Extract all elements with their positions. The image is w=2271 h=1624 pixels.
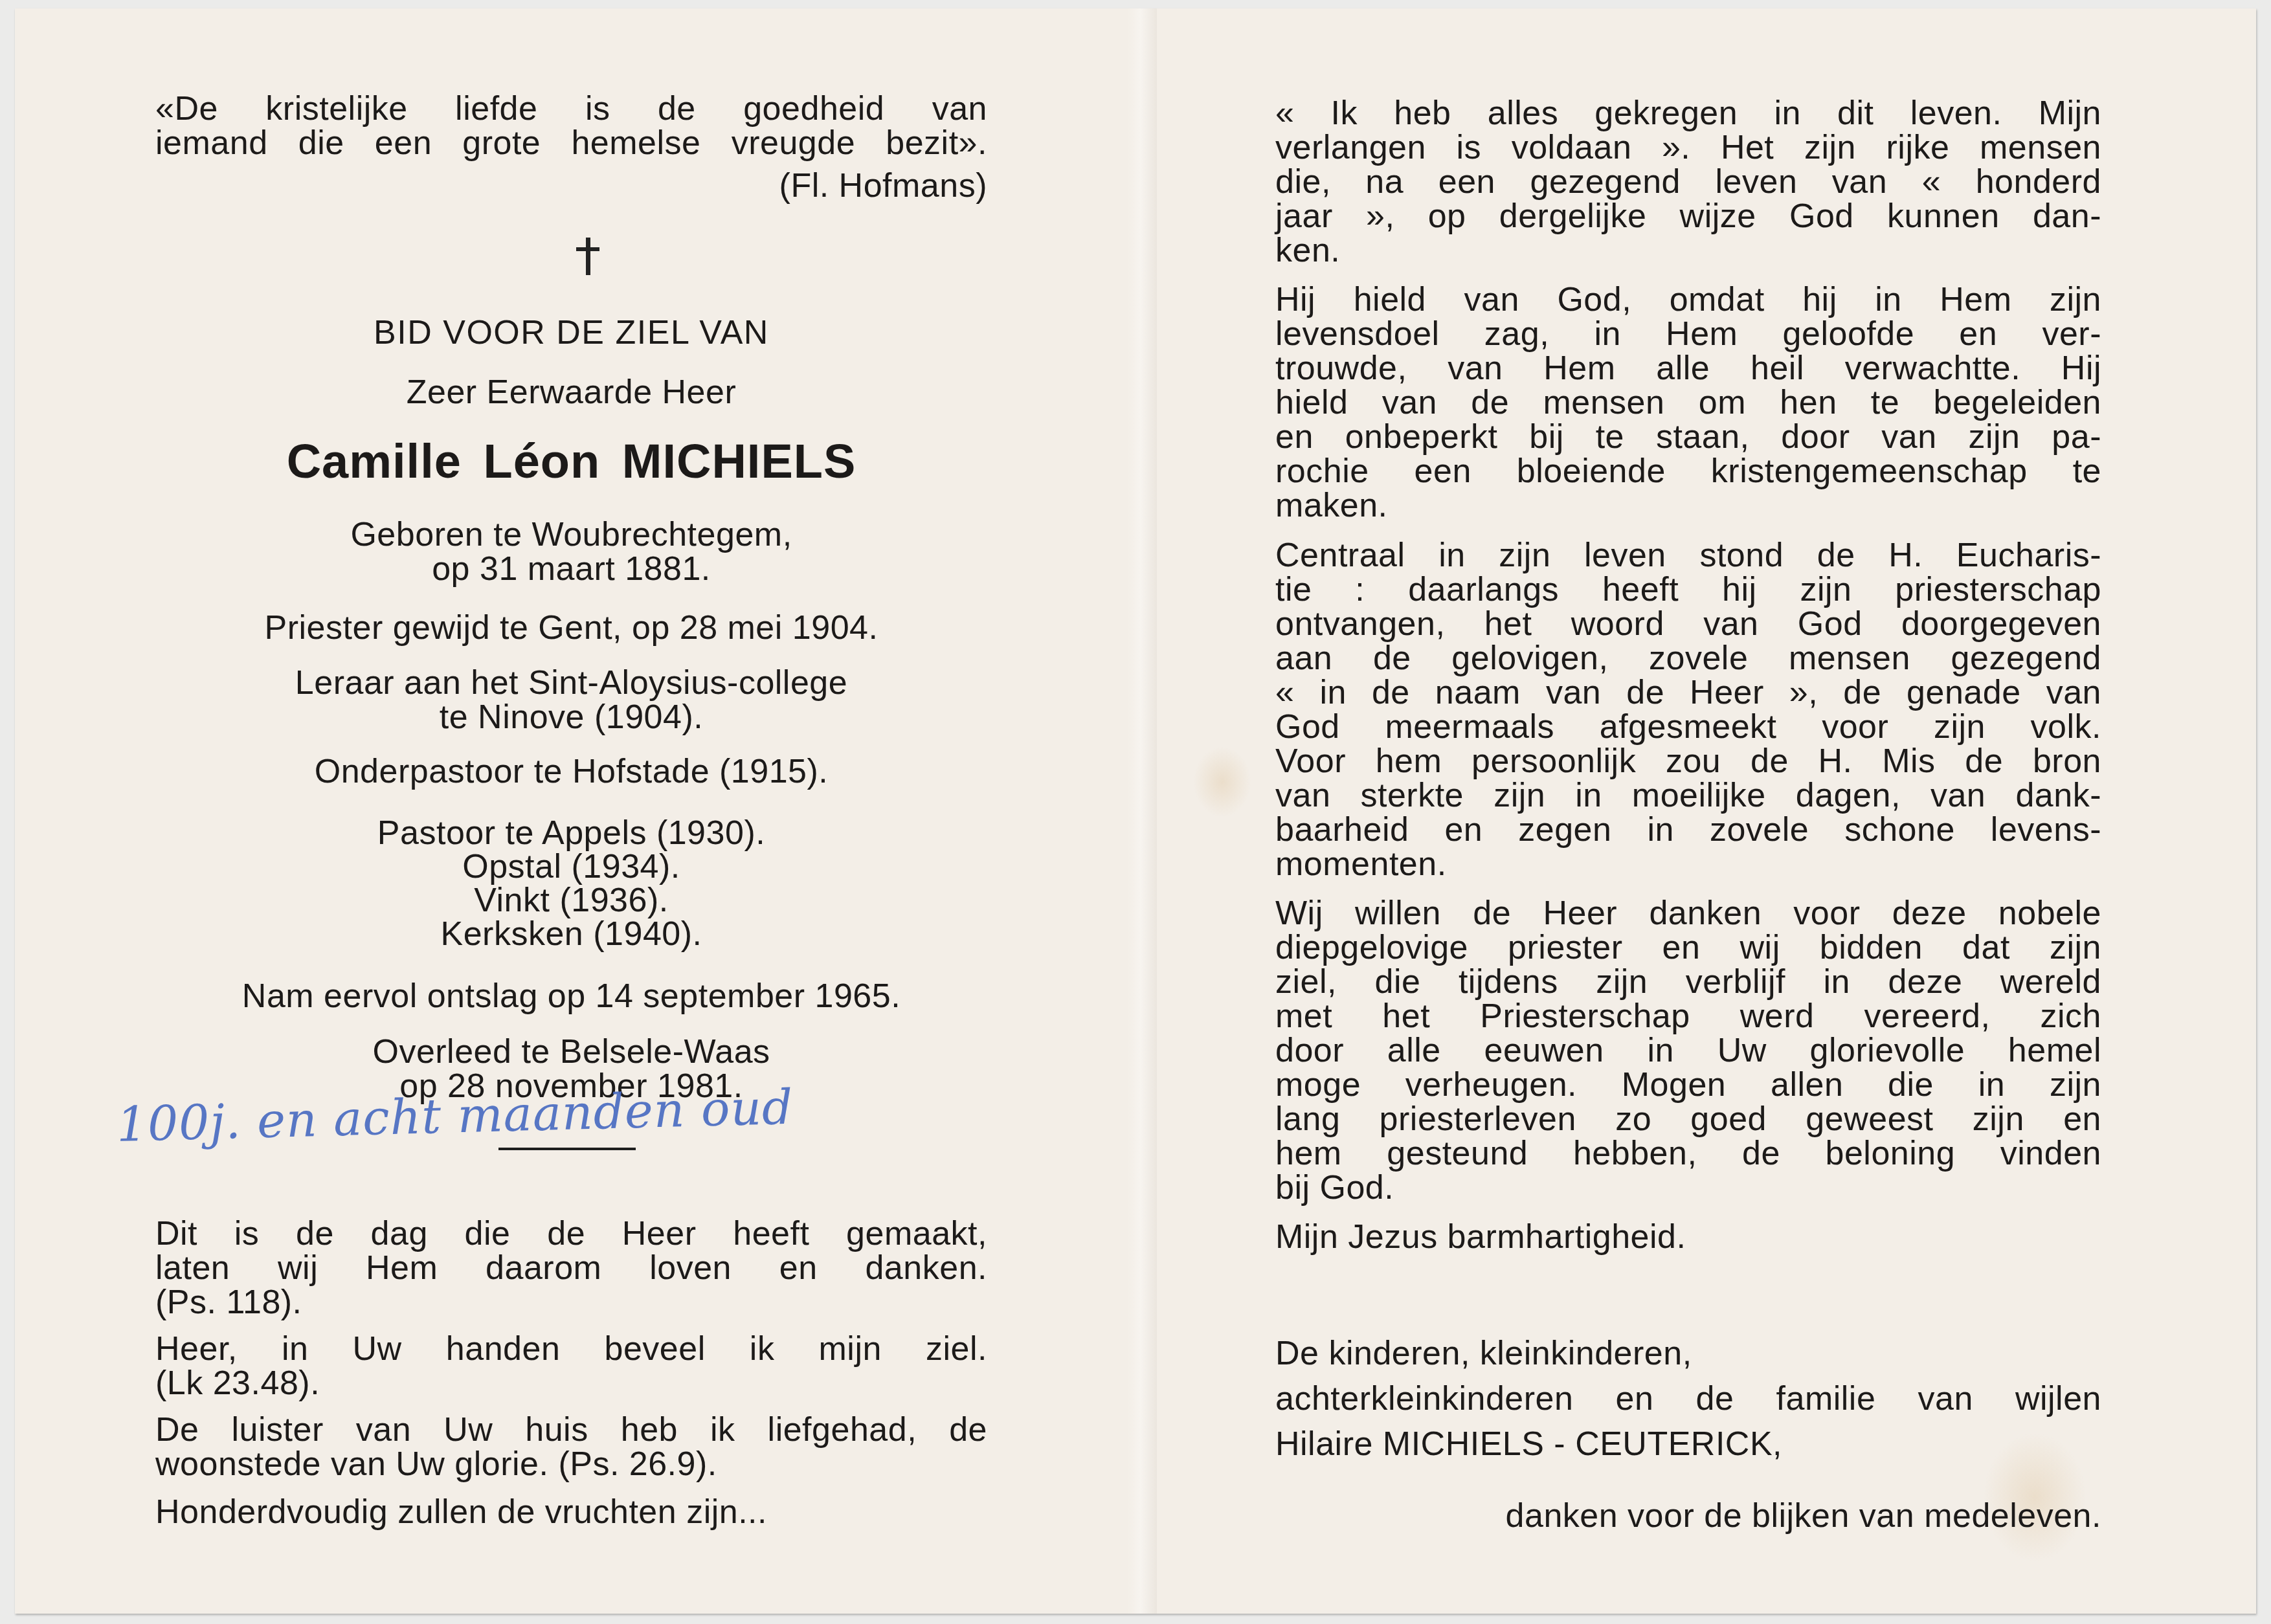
family-line-3: Hilaire MICHIELS - CEUTERICK,: [1275, 1427, 2101, 1462]
para-3-line: ontvangen, het woord van God doorgegeven: [1275, 607, 2101, 641]
quote-line-2: iemand die een grote hemelse vreugde bez…: [155, 126, 987, 161]
latin-cross-icon: [576, 238, 599, 275]
family-line-1: De kinderen, kleinkinderen,: [1275, 1337, 2101, 1371]
para-4-line: diepgelovige priester en wij bidden dat …: [1275, 931, 2101, 965]
teacher-line-2: te Ninove (1904).: [155, 700, 987, 735]
para-3-line: van sterkte zijn in moeilijke dagen, van…: [1275, 779, 2101, 813]
para-4-line: Wij willen de Heer danken voor deze nobe…: [1275, 896, 2101, 931]
para-4-line: met het Priesterschap werd vereerd, zich: [1275, 999, 2101, 1034]
family-line-2: achterkleinkinderen en de familie van wi…: [1275, 1382, 2101, 1416]
para-4-line: moge verheugen. Mogen allen die in zijn: [1275, 1068, 2101, 1102]
para-1-line: verlangen is voldaan ». Het zijn rijke m…: [1275, 131, 2101, 165]
deceased-name: Camille Léon MICHIELS: [155, 436, 987, 487]
para-3-line: momenten.: [1275, 847, 2101, 882]
verse-2-ref: (Lk 23.48).: [155, 1366, 987, 1401]
paper-stain: [1193, 746, 1251, 818]
para-4-line: hem gesteund hebben, de beloning vinden: [1275, 1137, 2101, 1171]
died-line-1: Overleed te Belsele-Waas: [155, 1035, 987, 1069]
born-line-2: op 31 maart 1881.: [155, 552, 987, 586]
para-3-line: baarheid en zegen in zovele schone leven…: [1275, 813, 2101, 847]
quote-line-1: «De kristelijke liefde is de goedheid va…: [155, 92, 987, 126]
memorial-card: «De kristelijke liefde is de goedheid va…: [15, 8, 2256, 1614]
para-4-line: bij God.: [1275, 1171, 2101, 1205]
ordained: Priester gewijd te Gent, op 28 mei 1904.: [155, 611, 987, 645]
thanks-line: danken voor de blijken van medeleven.: [1275, 1499, 2101, 1533]
printed-divider: [498, 1148, 636, 1150]
para-2-line: levensdoel zag, in Hem geloofde en ver-: [1275, 317, 2101, 351]
para-3-line: aan de gelovigen, zovele mensen gezegend: [1275, 641, 2101, 676]
para-4-line: ziel, die tijdens zijn verblijf in deze …: [1275, 965, 2101, 999]
prayer-heading: BID VOOR DE ZIEL VAN: [155, 316, 987, 350]
para-2-line: rochie een bloeiende kristengemeenschap …: [1275, 454, 2101, 489]
curate: Onderpastoor te Hofstade (1915).: [155, 755, 987, 789]
verse-2-line-1: Heer, in Uw handen beveel ik mijn ziel.: [155, 1332, 987, 1366]
para-4-line: lang priesterleven zo goed geweest zijn …: [1275, 1102, 2101, 1137]
pastor-line-2: Opstal (1934).: [155, 850, 987, 884]
pastor-line-4: Kerksken (1940).: [155, 917, 987, 951]
para-1-line: « Ik heb alles gekregen in dit leven. Mi…: [1275, 96, 2101, 131]
verse-3-line-1: De luister van Uw huis heb ik liefgehad,…: [155, 1413, 987, 1447]
para-4-line: door alle eeuwen in Uw glorievolle hemel: [1275, 1034, 2101, 1068]
verse-1-line-1: Dit is de dag die de Heer heeft gemaakt,: [155, 1217, 987, 1251]
verse-4-line-1: Honderdvoudig zullen de vruchten zijn...: [155, 1495, 987, 1529]
para-1-line: die, na een gezegend leven van « honderd: [1275, 165, 2101, 199]
para-2-line: maken.: [1275, 489, 2101, 523]
para-3-line: Voor hem persoonlijk zou de H. Mis de br…: [1275, 744, 2101, 779]
verse-3-line-2: woonstede van Uw glorie. (Ps. 26.9).: [155, 1447, 987, 1482]
card-fold: [1127, 8, 1157, 1614]
para-2-line: Hij hield van God, omdat hij in Hem zijn: [1275, 283, 2101, 317]
verse-1-line-2: laten wij Hem daarom loven en danken.: [155, 1251, 987, 1285]
para-2-line: en onbeperkt bij te staan, door van zijn…: [1275, 420, 2101, 454]
invocation: Mijn Jezus barmhartigheid.: [1275, 1220, 2101, 1254]
teacher-line-1: Leraar aan het Sint-Aloysius-college: [155, 666, 987, 700]
honorific: Zeer Eerwaarde Heer: [155, 375, 987, 410]
quote-author: (Fl. Hofmans): [155, 169, 987, 203]
para-2-line: hield van de mensen om hen te begeleiden: [1275, 386, 2101, 420]
born-line-1: Geboren te Woubrechtegem,: [155, 518, 987, 552]
para-2-line: trouwde, van Hem alle heil verwachtte. H…: [1275, 351, 2101, 386]
para-3-line: « in de naam van de Heer », de genade va…: [1275, 676, 2101, 710]
pastor-line-3: Vinkt (1936).: [155, 884, 987, 918]
para-3-line: Centraal in zijn leven stond de H. Eucha…: [1275, 539, 2101, 573]
pastor-line-1: Pastoor te Appels (1930).: [155, 816, 987, 851]
para-1-line: jaar », op dergelijke wijze God kunnen d…: [1275, 199, 2101, 234]
para-3-line: tie : daarlangs heeft hij zijn priesters…: [1275, 573, 2101, 607]
para-3-line: God meermaals afgesmeekt voor zijn volk.: [1275, 710, 2101, 744]
verse-1-ref: (Ps. 118).: [155, 1285, 987, 1320]
retired: Nam eervol ontslag op 14 september 1965.: [155, 979, 987, 1014]
para-1-line: ken.: [1275, 234, 2101, 268]
